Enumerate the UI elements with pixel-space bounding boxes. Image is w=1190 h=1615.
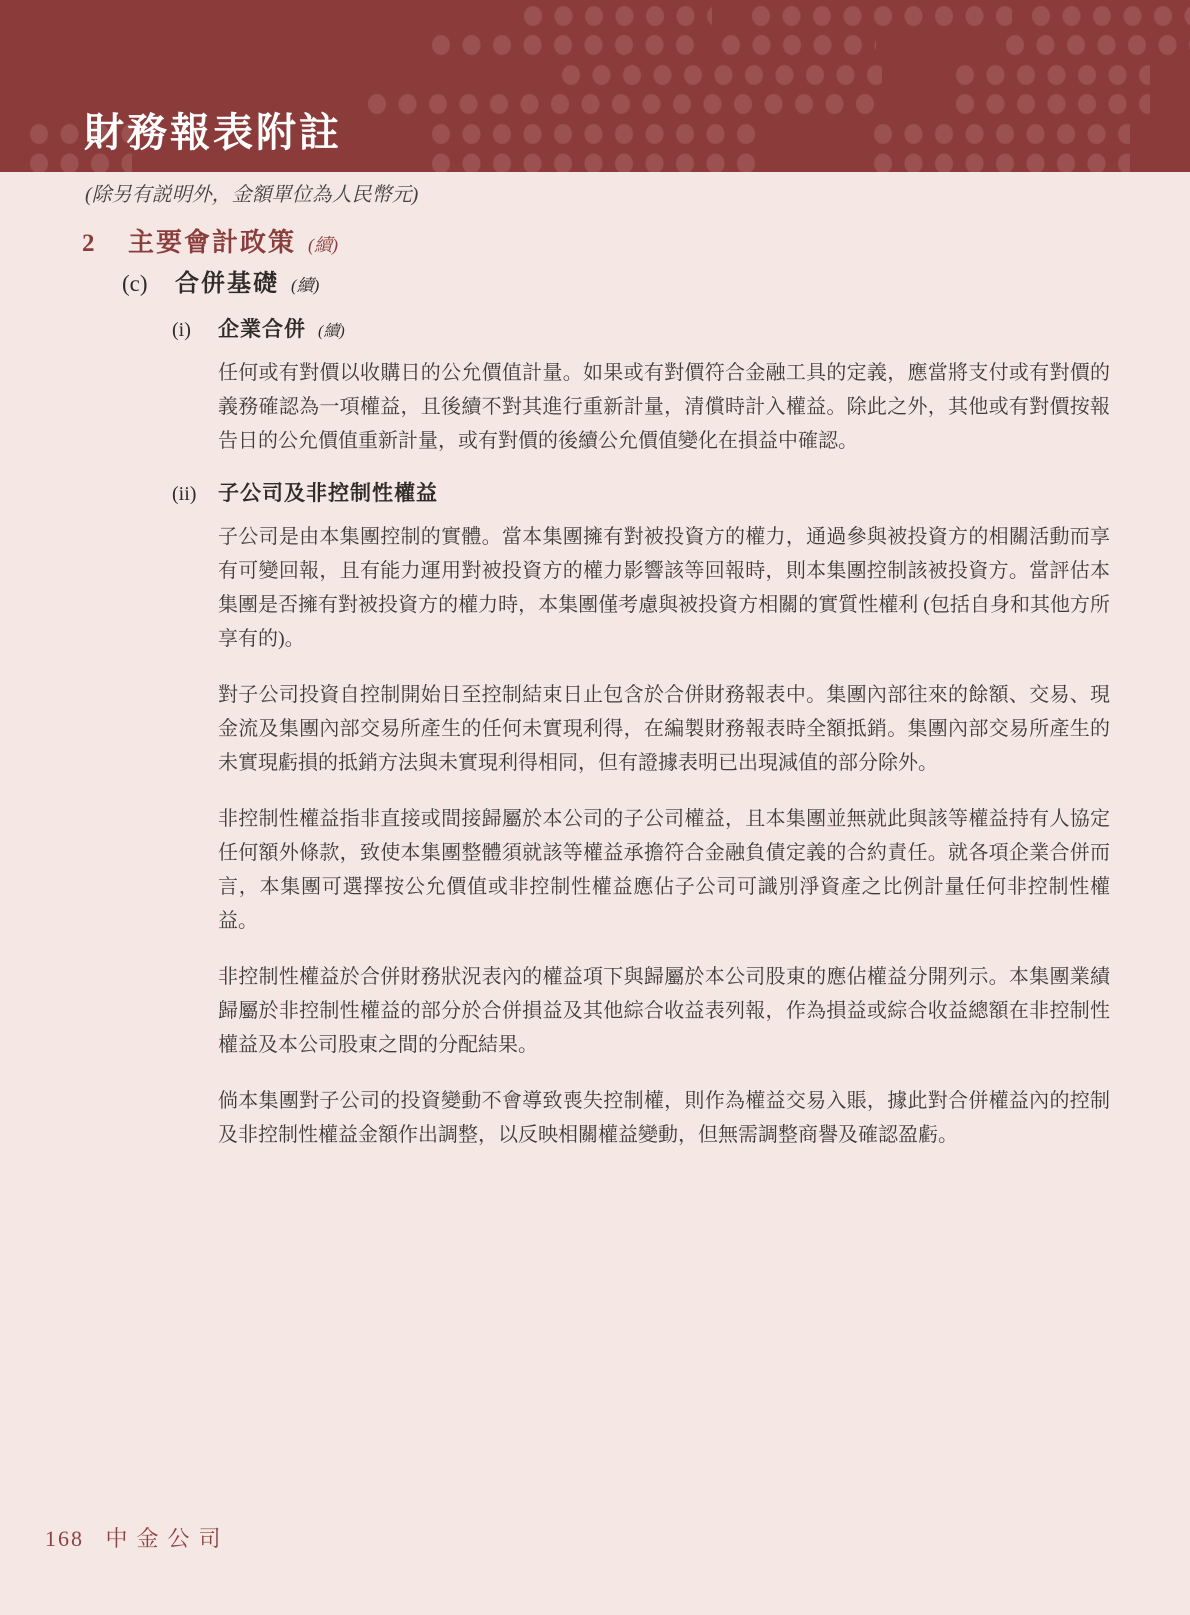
item-label: (ii) <box>172 483 218 506</box>
company-name: 中金公司 <box>106 1526 230 1551</box>
subsection-heading: (c) 合併基礎 (續) <box>122 270 1110 298</box>
item-continued-label: (續) <box>318 318 345 341</box>
item-title: 企業合併 <box>218 316 306 342</box>
item-heading-subsidiaries-nci: (ii) 子公司及非控制性權益 <box>172 480 1110 506</box>
dot-cluster <box>746 5 1012 27</box>
currency-note: (除另有説明外，金額單位為人民幣元) <box>85 182 1110 208</box>
notes-content: 2 主要會計政策 (續) (c) 合併基礎 (續) (i) 企業合併 (續) 任… <box>82 228 1110 1152</box>
section-number: 2 <box>82 230 128 258</box>
dot-cluster <box>868 123 1130 172</box>
dot-cluster <box>362 93 882 115</box>
section-continued-label: (續) <box>308 231 338 257</box>
item-title: 子公司及非控制性權益 <box>218 480 438 506</box>
dot-cluster <box>950 64 1150 86</box>
subsection-continued-label: (續) <box>291 271 319 296</box>
page-number: 168 <box>45 1526 84 1551</box>
item-label: (i) <box>172 319 218 342</box>
dot-cluster <box>950 93 1150 115</box>
subsection-title: 合併基礎 <box>175 270 279 298</box>
dot-cluster <box>426 34 702 56</box>
paragraph: 子公司是由本集團控制的實體。當本集團擁有對被投資方的權力，通過參與被投資方的相關… <box>218 520 1110 656</box>
header-band: 財務報表附註 <box>0 0 1190 172</box>
dot-cluster <box>426 123 762 172</box>
section-heading: 2 主要會計政策 (續) <box>82 228 1110 258</box>
page-footer: 168 中金公司 <box>45 1522 230 1553</box>
document-page: 財務報表附註 (除另有説明外，金額單位為人民幣元) 2 主要會計政策 (續) (… <box>0 0 1190 1615</box>
paragraph: 非控制性權益於合併財務狀況表內的權益項下與歸屬於本公司股東的應佔權益分開列示。本… <box>218 960 1110 1062</box>
paragraph: 非控制性權益指非直接或間接歸屬於本公司的子公司權益，且本集團並無就此與該等權益持… <box>218 802 1110 938</box>
item-heading-business-combination: (i) 企業合併 (續) <box>172 316 1110 342</box>
subsection-label: (c) <box>122 271 175 297</box>
page-title: 財務報表附註 <box>84 101 342 158</box>
paragraph: 對子公司投資自控制開始日至控制結束日止包含於合併財務報表中。集團內部往來的餘額、… <box>218 678 1110 780</box>
dot-cluster <box>716 34 876 56</box>
dot-cluster <box>1026 5 1190 27</box>
dot-cluster <box>1000 34 1190 56</box>
note-item-ii: (ii) 子公司及非控制性權益 子公司是由本集團控制的實體。當本集團擁有對被投資… <box>172 480 1110 1152</box>
note-item-i: (i) 企業合併 (續) 任何或有對價以收購日的公允價值計量。如果或有對價符合金… <box>172 316 1110 458</box>
section-title: 主要會計政策 <box>128 228 296 258</box>
dot-cluster <box>518 5 712 27</box>
paragraph: 倘本集團對子公司的投資變動不會導致喪失控制權，則作為權益交易入賬，據此對合併權益… <box>218 1084 1110 1152</box>
paragraph: 任何或有對價以收購日的公允價值計量。如果或有對價符合金融工具的定義，應當將支付或… <box>218 356 1110 458</box>
dot-cluster <box>556 64 882 86</box>
